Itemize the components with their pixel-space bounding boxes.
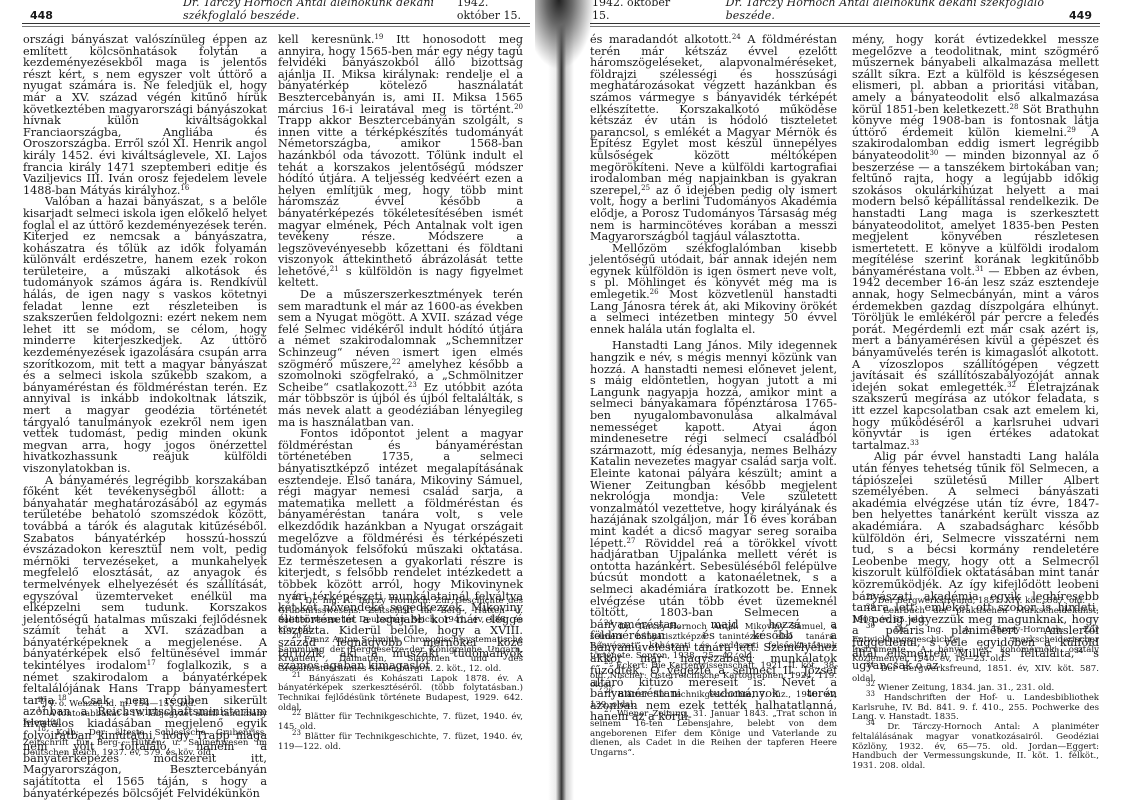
footnote-ref: 26 (650, 288, 659, 296)
footnote-text: V. ö. Wenzel, id. m. 154—155. old. (46, 699, 196, 709)
footnote-ref: 33 (910, 439, 919, 447)
footnote: 30 Dr. Ing. A. Tárczy-Hornoch: Zur Entwi… (852, 626, 1099, 665)
header-rule (22, 23, 530, 27)
paragraph-text: — Ebben az évben, 1942 december 16-án le… (852, 265, 1099, 394)
footnote-ref: 17 (147, 659, 156, 667)
footnote-number: 22 (292, 709, 301, 717)
body-paragraph: kell keresnünk.19 Itt honosodott meg ann… (278, 34, 523, 289)
footnote-ref: 31 (975, 265, 984, 273)
right-column-2-footnotes: 28 Der Bergwerksfreund, 1851. XIV. köt.,… (852, 597, 1099, 772)
footnote: 17 A fontosabbakat a 19. lábjegyzet alat… (23, 710, 267, 729)
header-rule (590, 23, 1100, 27)
paragraph-text: Hanstadti Lang János. Mily idegennek han… (590, 339, 837, 549)
footnote: 34 Dr. Tárczy-Hornoch Antal: A planiméte… (852, 723, 1099, 772)
footnote-number: 23 (292, 729, 301, 737)
footnote-text: Franz Anton Schmidt: Chronogisch-systema… (278, 635, 523, 674)
footnote-number: 29 (866, 603, 875, 611)
footnote-text: Kolb: Der älteste Schlesische Grubenriss… (23, 728, 267, 757)
paragraph-text: A földméréstan terén már kétszáz évvel e… (590, 33, 837, 197)
paragraph-text: — minden bizonnyal az ő beszerzése — a t… (852, 149, 1099, 278)
right-page: 1942. október 15. Dr. Tárczy Hornoch Ant… (570, 0, 1129, 800)
footnote-number: 28 (866, 593, 875, 601)
footnote: 21 Bányászati és Kohászati Lapok 1878. é… (278, 675, 523, 714)
footnote-ref: 20 (514, 103, 523, 111)
left-page: 448 Dr. Tárczy Hornoch Antal alelnökünk … (0, 0, 555, 800)
footnote-text: Eckert: Die Kartenwissenschaft, 1921. II… (590, 661, 837, 690)
footnote-number: 27 (604, 706, 613, 714)
footnote-number: 30 (866, 622, 875, 630)
footnote: 22 Blätter für Technikgeschichte, 7. füz… (278, 713, 523, 732)
footnote-ref: 25 (641, 184, 650, 192)
footnote-number: 16 (37, 696, 46, 704)
footnote-text: A fontosabbakat a 19. lábjegyzet alatti … (23, 709, 267, 729)
page-number: 449 (1069, 9, 1092, 22)
footnote-number: 26 (604, 687, 613, 695)
footnote-ref: 23 (408, 381, 417, 389)
footnote: 19 Dr. Ing. A. Tárczy Hornoch: Zur Gesch… (278, 597, 523, 636)
footnote-text: Wiener Zeitung, 31. Januar 1843. „Trat s… (590, 709, 837, 758)
paragraph-text: Itt honosodott meg annyira, hogy 1565-be… (278, 33, 523, 116)
left-column-1-footnotes: 16 V. ö. Wenzel, id. m. 154—155. old.17 … (23, 700, 267, 758)
body-paragraph: Mellőzöm székfoglalómban kisebb jelentős… (590, 243, 837, 336)
footnote: 27 Wiener Zeitung, 31. Januar 1843. „Tra… (590, 710, 837, 759)
page-number: 448 (30, 9, 53, 22)
right-column-1-footnotes: 24 Dr. Tárczy-Hornoch Antal: Mikoviny Sá… (590, 623, 837, 759)
paragraph-text: országi bányászat valószínüleg éppen az … (23, 33, 267, 197)
body-paragraph: De a műszerszerkesztmények terén sem mar… (278, 289, 523, 428)
footnote-number: 21 (292, 671, 301, 679)
footnote-number: 17 (37, 706, 46, 714)
right-column-1: és maradandót alkotott.24 A földméréstan… (590, 34, 837, 723)
footnote: 33 Handschriften der Hof- u. Landesbibli… (852, 694, 1099, 723)
footnote-text: Blätter für Technikgeschichte, 7. füzet,… (278, 732, 523, 752)
footnote-text: Dr. Ing. A. Tárczy Hornoch: Zur Geschich… (278, 596, 523, 635)
footnote-text: Der Bergwerksfreund, 1851. év, XIV. köt.… (852, 664, 1099, 684)
footnote-text: Lehrbuch der praktischen Markscheidekuns… (852, 606, 1099, 626)
footnote-number: 18 (37, 725, 46, 733)
right-column-2: mény, hogy korát évtizedekkel messze meg… (852, 34, 1099, 672)
footnote: 23 Blätter für Technikgeschichte, 7. füz… (278, 733, 523, 752)
footnote: 18 Kolb: Der älteste Schlesische Grubenr… (23, 729, 267, 758)
footnote-number: 25 (604, 658, 613, 666)
paragraph-text: Trapp akkor Besztercebányán szolgált, s … (278, 114, 523, 278)
left-running-head: 448 Dr. Tárczy Hornoch Antal alelnökünk … (30, 4, 530, 22)
issue-date: 1942. október 15. (457, 0, 530, 22)
footnote: 31 Der Bergwerksfreund, 1851. év, XIV. k… (852, 665, 1099, 684)
footnote-number: 19 (292, 593, 301, 601)
left-column-2-footnotes: 19 Dr. Ing. A. Tárczy Hornoch: Zur Gesch… (278, 597, 523, 752)
footnote: 26 Blätter für Technikgeschichte, 7. füz… (590, 691, 837, 710)
footnote-text: Handschriften der Hof- u. Landesbiblioth… (852, 693, 1099, 722)
footnote-number: 20 (292, 632, 301, 640)
footnote-ref: 29 (1067, 126, 1076, 134)
issue-date: 1942. október 15. (592, 0, 684, 22)
running-title: Dr. Tárczy Hornoch Antal alelnökünk déká… (183, 0, 457, 22)
footnote-number: 32 (866, 680, 875, 688)
body-paragraph: mény, hogy korát évtizedekkel messze meg… (852, 34, 1099, 451)
footnote-text: Dr. Tárczy-Hornoch Antal: Mikoviny Sámue… (590, 622, 837, 661)
paragraph-text: A bányamérés legrégibb korszakában főkén… (23, 474, 267, 673)
footnote: 29 Lehrbuch der praktischen Markscheidek… (852, 607, 1099, 626)
left-column-1: országi bányászat valószínüleg éppen az … (23, 34, 267, 799)
footnote-ref: 21 (330, 265, 339, 273)
footnote: 25 Eckert: Die Kartenwissenschaft, 1921.… (590, 662, 837, 691)
footnote-ref: 16 (180, 184, 189, 192)
footnote: 24 Dr. Tárczy-Hornoch Antal: Mikoviny Sá… (590, 623, 837, 662)
running-title: Dr. Tárczy Hornoch Antal alelnökünk déká… (726, 0, 1069, 22)
right-running-head: 1942. október 15. Dr. Tárczy Hornoch Ant… (592, 4, 1092, 22)
footnote-ref: 24 (732, 33, 741, 41)
body-paragraph: Valóban a hazai bányászat, s a belőle ki… (23, 196, 267, 474)
footnote-text: Dr. Tárczy-Hornoch Antal: A planiméter f… (852, 722, 1099, 771)
footnote-number: 31 (866, 661, 875, 669)
body-paragraph: országi bányászat valószínüleg éppen az … (23, 34, 267, 196)
footnote-text: Wiener Zeitung, 1834. jan. 31., 231. old… (875, 683, 1054, 693)
footnote-text: Blätter für Technikgeschichte, 7. füz., … (590, 690, 837, 710)
paragraph-text: Valóban a hazai bányászat, s a belőle ki… (23, 195, 267, 475)
footnote-text: Blätter für Technikgeschichte, 7. füzet,… (278, 712, 523, 732)
paragraph-text: Életrajzának szakszerű megírása az utóko… (852, 381, 1099, 452)
footnote-text: Der Bergwerksfreund, 1851. XIV. köt., 58… (875, 596, 1085, 606)
footnote-number: 33 (866, 690, 875, 698)
footnote-text: Bányászati és Kohászati Lapok 1878. év. … (278, 674, 523, 713)
footnote-ref: 22 (392, 358, 401, 366)
footnote: 20 Franz Anton Schmidt: Chronogisch-syst… (278, 636, 523, 675)
left-column-2: kell keresnünk.19 Itt honosodott meg ann… (278, 34, 523, 672)
footnote-text: Dr. Ing. A. Tárczy-Hornoch: Zur Entwickl… (852, 625, 1099, 664)
body-paragraph: és maradandót alkotott.24 A földméréstan… (590, 34, 837, 243)
footnote-number: 34 (866, 719, 875, 727)
footnote-number: 24 (604, 619, 613, 627)
footnote-ref: 32 (1007, 381, 1016, 389)
